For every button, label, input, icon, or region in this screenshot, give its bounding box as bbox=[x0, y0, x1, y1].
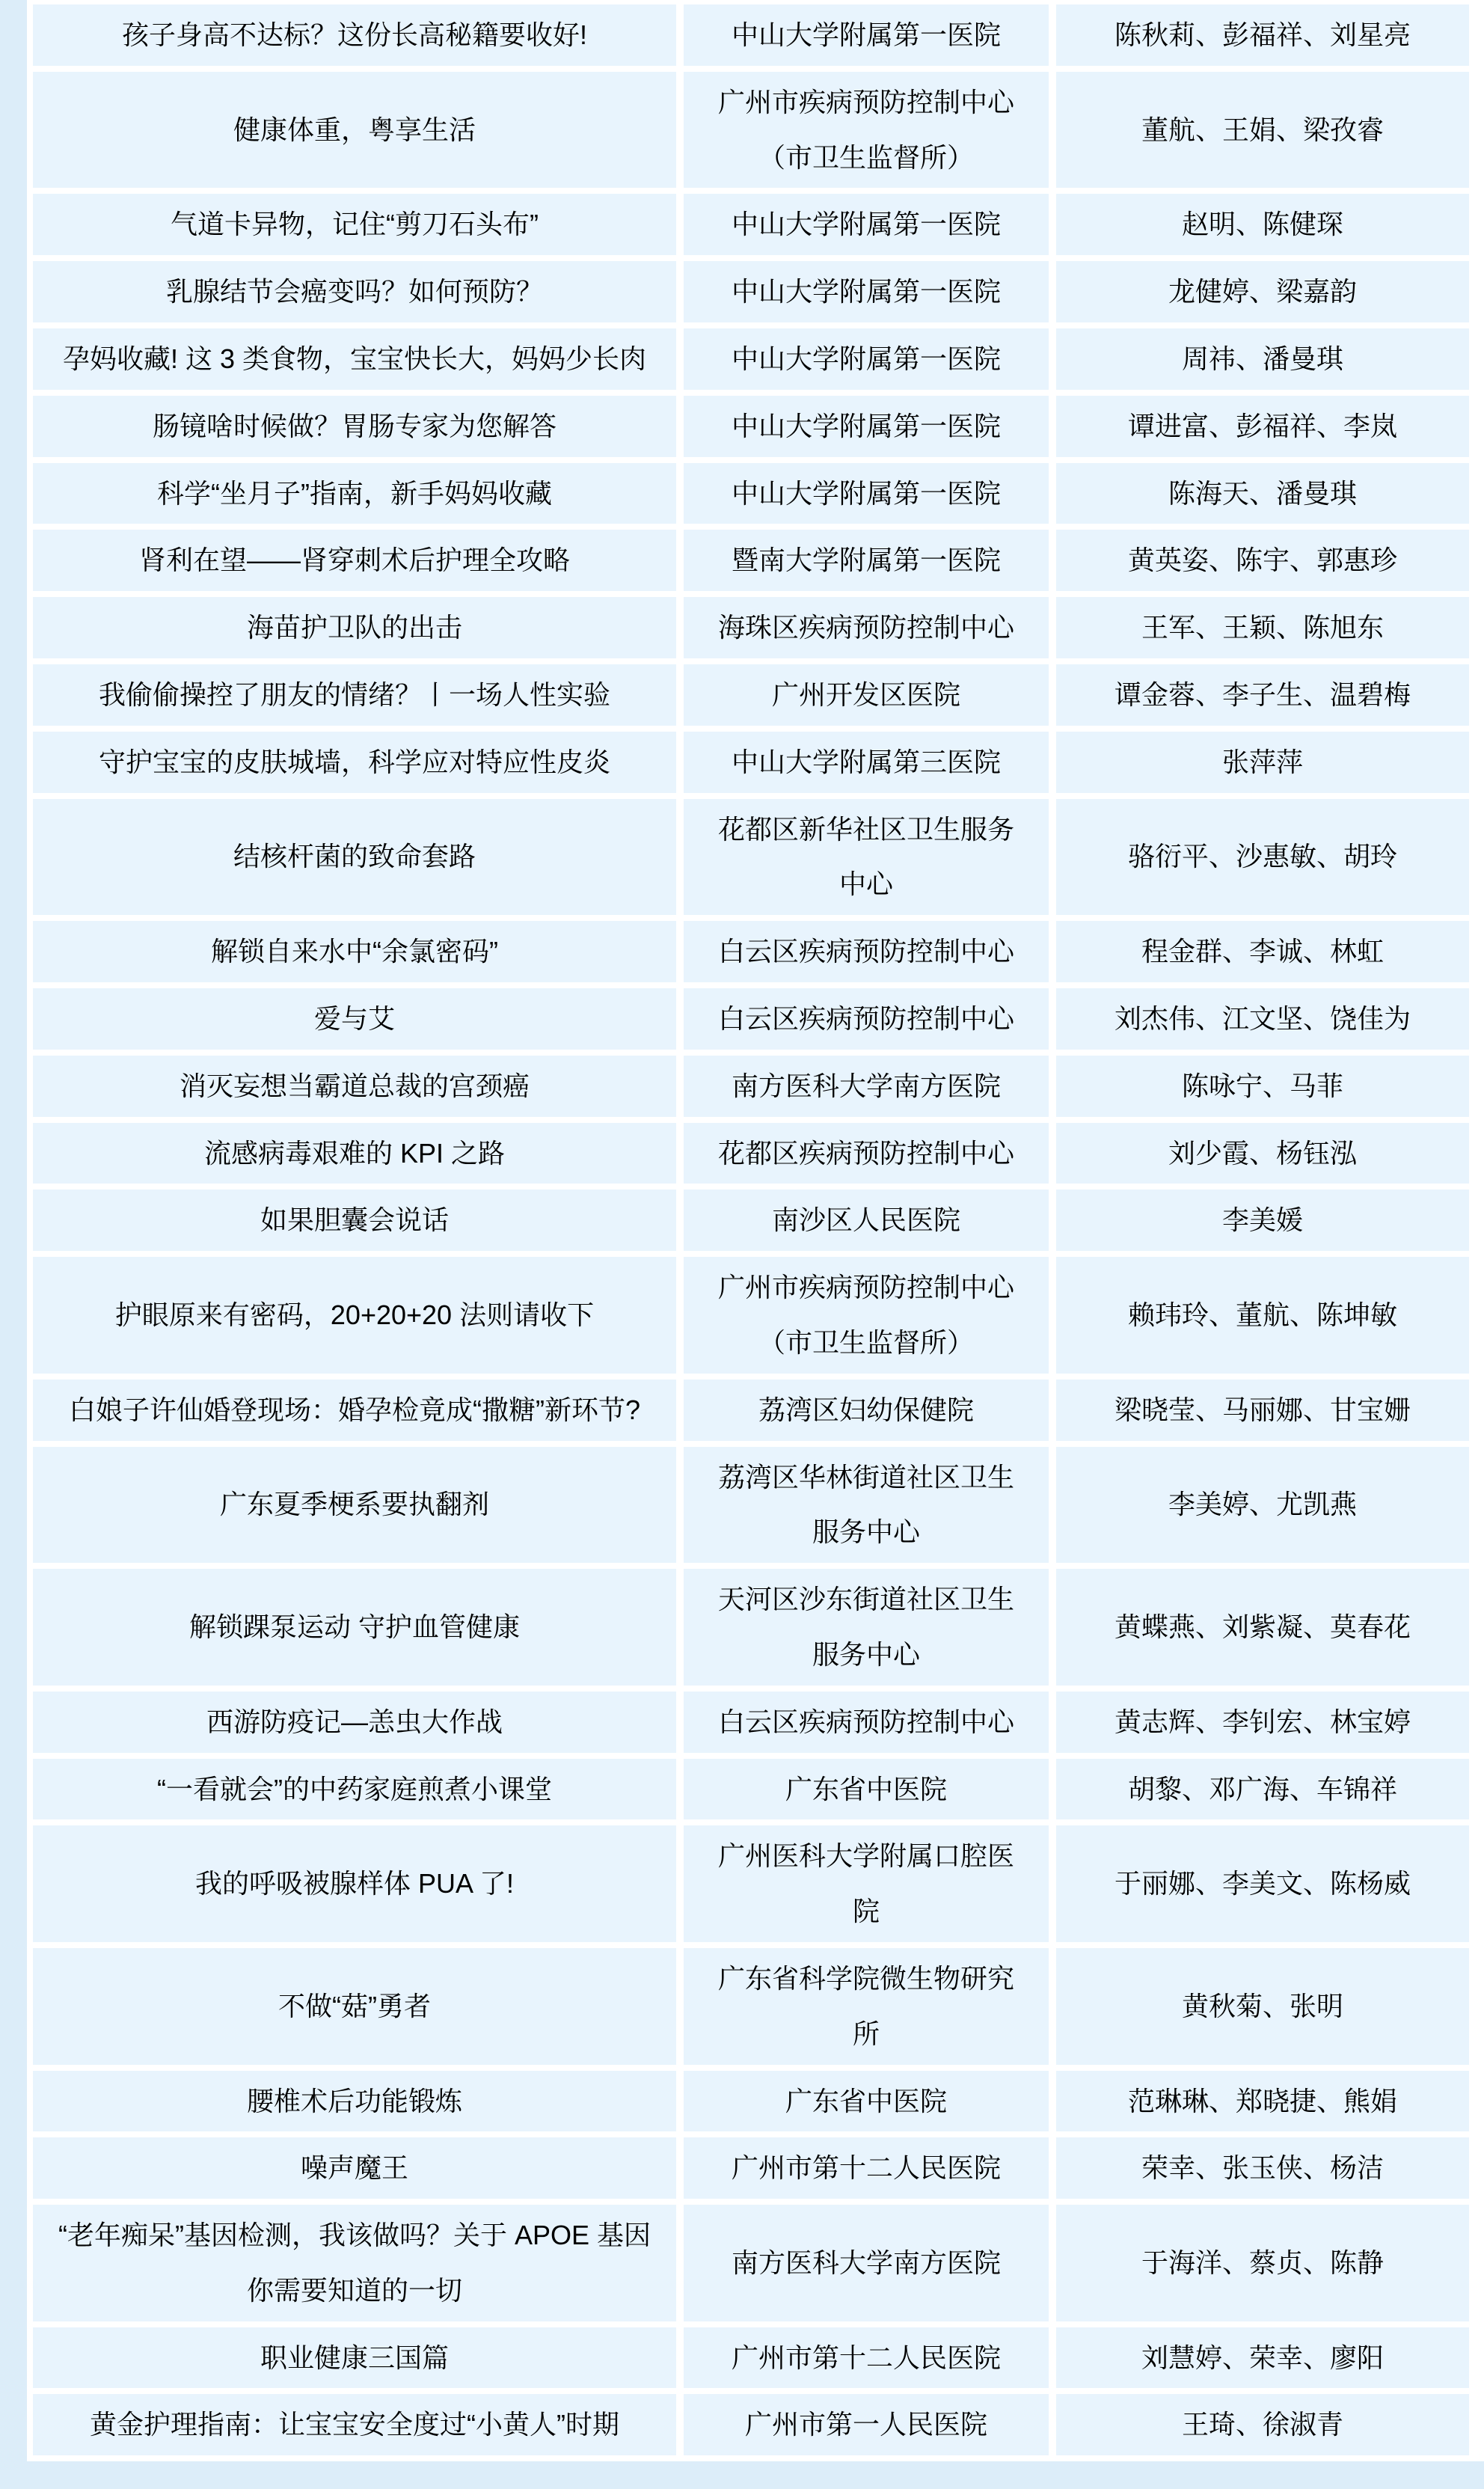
title-cell: 西游防疫记—恙虫大作战 bbox=[33, 1692, 676, 1753]
institution-cell: 天河区沙东街道社区卫生 服务中心 bbox=[684, 1569, 1049, 1686]
title-cell: 解锁自来水中“余氯密码” bbox=[33, 921, 676, 982]
title-cell: 爱与艾 bbox=[33, 988, 676, 1050]
authors-cell: 赵明、陈健琛 bbox=[1056, 194, 1469, 255]
authors-cell: 胡黎、邓广海、车锦祥 bbox=[1056, 1759, 1469, 1820]
awards-table-grid: 孩子身高不达标？这份长高秘籍要收好!中山大学附属第一医院陈秋莉、彭福祥、刘星亮健… bbox=[33, 4, 1477, 2455]
institution-cell: 南方医科大学南方医院 bbox=[684, 2205, 1049, 2321]
institution-cell: 广东省中医院 bbox=[684, 1759, 1049, 1820]
authors-cell: 于丽娜、李美文、陈杨威 bbox=[1056, 1825, 1469, 1942]
authors-cell: 张萍萍 bbox=[1056, 732, 1469, 793]
title-cell: 健康体重，粤享生活 bbox=[33, 72, 676, 189]
title-cell: 海苗护卫队的出击 bbox=[33, 597, 676, 658]
institution-cell: 中山大学附属第一医院 bbox=[684, 194, 1049, 255]
institution-cell: 南沙区人民医院 bbox=[684, 1190, 1049, 1251]
authors-cell: 陈咏宁、马菲 bbox=[1056, 1056, 1469, 1117]
title-cell: 噪声魔王 bbox=[33, 2137, 676, 2199]
authors-cell: 骆衍平、沙惠敏、胡玲 bbox=[1056, 799, 1469, 916]
institution-cell: 广州市第一人民医院 bbox=[684, 2394, 1049, 2455]
authors-cell: 荣幸、张玉侠、杨洁 bbox=[1056, 2137, 1469, 2199]
institution-cell: 白云区疾病预防控制中心 bbox=[684, 1692, 1049, 1753]
title-cell: 肠镜啥时候做？胃肠专家为您解答 bbox=[33, 396, 676, 457]
title-cell: 护眼原来有密码，20+20+20 法则请收下 bbox=[33, 1257, 676, 1374]
institution-cell: 广州市第十二人民医院 bbox=[684, 2327, 1049, 2389]
authors-cell: 王琦、徐淑青 bbox=[1056, 2394, 1469, 2455]
authors-cell: 陈秋莉、彭福祥、刘星亮 bbox=[1056, 4, 1469, 66]
authors-cell: 黄秋菊、张明 bbox=[1056, 1948, 1469, 2065]
authors-cell: 梁晓莹、马丽娜、甘宝姗 bbox=[1056, 1380, 1469, 1441]
title-cell: “老年痴呆”基因检测，我该做吗？关于 APOE 基因 你需要知道的一切 bbox=[33, 2205, 676, 2321]
title-cell: 结核杆菌的致命套路 bbox=[33, 799, 676, 916]
institution-cell: 海珠区疾病预防控制中心 bbox=[684, 597, 1049, 658]
institution-cell: 中山大学附属第一医院 bbox=[684, 261, 1049, 322]
title-cell: 我偷偷操控了朋友的情绪？丨一场人性实验 bbox=[33, 664, 676, 726]
institution-cell: 白云区疾病预防控制中心 bbox=[684, 921, 1049, 982]
title-cell: 如果胆囊会说话 bbox=[33, 1190, 676, 1251]
institution-cell: 广东省科学院微生物研究 所 bbox=[684, 1948, 1049, 2065]
title-cell: 白娘子许仙婚登现场：婚孕检竟成“撒糖”新环节? bbox=[33, 1380, 676, 1441]
title-cell: 广东夏季梗系要执翻剂 bbox=[33, 1447, 676, 1564]
title-cell: 解锁踝泵运动 守护血管健康 bbox=[33, 1569, 676, 1686]
authors-cell: 谭金蓉、李子生、温碧梅 bbox=[1056, 664, 1469, 726]
title-cell: 孩子身高不达标？这份长高秘籍要收好! bbox=[33, 4, 676, 66]
institution-cell: 广州市第十二人民医院 bbox=[684, 2137, 1049, 2199]
institution-cell: 荔湾区华林街道社区卫生 服务中心 bbox=[684, 1447, 1049, 1564]
authors-cell: 李美媛 bbox=[1056, 1190, 1469, 1251]
authors-cell: 李美婷、尤凯燕 bbox=[1056, 1447, 1469, 1564]
authors-cell: 范琳琳、郑晓捷、熊娟 bbox=[1056, 2071, 1469, 2132]
authors-cell: 黄志辉、李钊宏、林宝婷 bbox=[1056, 1692, 1469, 1753]
institution-cell: 广州市疾病预防控制中心 （市卫生监督所） bbox=[684, 1257, 1049, 1374]
institution-cell: 广州开发区医院 bbox=[684, 664, 1049, 726]
authors-cell: 黄蝶燕、刘紫凝、莫春花 bbox=[1056, 1569, 1469, 1686]
authors-cell: 刘杰伟、江文坚、饶佳为 bbox=[1056, 988, 1469, 1050]
institution-cell: 广州市疾病预防控制中心 （市卫生监督所） bbox=[684, 72, 1049, 189]
institution-cell: 荔湾区妇幼保健院 bbox=[684, 1380, 1049, 1441]
authors-cell: 黄英姿、陈宇、郭惠珍 bbox=[1056, 530, 1469, 591]
authors-cell: 于海洋、蔡贞、陈静 bbox=[1056, 2205, 1469, 2321]
institution-cell: 暨南大学附属第一医院 bbox=[684, 530, 1049, 591]
title-cell: 守护宝宝的皮肤城墙，科学应对特应性皮炎 bbox=[33, 732, 676, 793]
title-cell: 科学“坐月子”指南，新手妈妈收藏 bbox=[33, 463, 676, 524]
institution-cell: 中山大学附属第一医院 bbox=[684, 463, 1049, 524]
institution-cell: 广州医科大学附属口腔医 院 bbox=[684, 1825, 1049, 1942]
authors-cell: 王军、王颖、陈旭东 bbox=[1056, 597, 1469, 658]
title-cell: 肾利在望——肾穿刺术后护理全攻略 bbox=[33, 530, 676, 591]
title-cell: 我的呼吸被腺样体 PUA 了! bbox=[33, 1825, 676, 1942]
authors-cell: 董航、王娟、梁孜睿 bbox=[1056, 72, 1469, 189]
title-cell: 黄金护理指南：让宝宝安全度过“小黄人”时期 bbox=[33, 2394, 676, 2455]
institution-cell: 中山大学附属第一医院 bbox=[684, 396, 1049, 457]
title-cell: 孕妈收藏! 这 3 类食物，宝宝快长大，妈妈少长肉 bbox=[33, 328, 676, 390]
authors-cell: 刘慧婷、荣幸、廖阳 bbox=[1056, 2327, 1469, 2389]
title-cell: 职业健康三国篇 bbox=[33, 2327, 676, 2389]
authors-cell: 谭进富、彭福祥、李岚 bbox=[1056, 396, 1469, 457]
title-cell: 腰椎术后功能锻炼 bbox=[33, 2071, 676, 2132]
authors-cell: 刘少霞、杨钰泓 bbox=[1056, 1123, 1469, 1184]
title-cell: 流感病毒艰难的 KPI 之路 bbox=[33, 1123, 676, 1184]
title-cell: 消灭妄想当霸道总裁的宫颈癌 bbox=[33, 1056, 676, 1117]
institution-cell: 白云区疾病预防控制中心 bbox=[684, 988, 1049, 1050]
institution-cell: 中山大学附属第三医院 bbox=[684, 732, 1049, 793]
authors-cell: 赖玮玲、董航、陈坤敏 bbox=[1056, 1257, 1469, 1374]
title-cell: 乳腺结节会癌变吗？如何预防？ bbox=[33, 261, 676, 322]
title-cell: “一看就会”的中药家庭煎煮小课堂 bbox=[33, 1759, 676, 1820]
title-cell: 不做“菇”勇者 bbox=[33, 1948, 676, 2065]
institution-cell: 花都区疾病预防控制中心 bbox=[684, 1123, 1049, 1184]
institution-cell: 南方医科大学南方医院 bbox=[684, 1056, 1049, 1117]
authors-cell: 周祎、潘曼琪 bbox=[1056, 328, 1469, 390]
awards-table: 孩子身高不达标？这份长高秘籍要收好!中山大学附属第一医院陈秋莉、彭福祥、刘星亮健… bbox=[27, 0, 1484, 2461]
authors-cell: 龙健婷、梁嘉韵 bbox=[1056, 261, 1469, 322]
institution-cell: 中山大学附属第一医院 bbox=[684, 4, 1049, 66]
authors-cell: 程金群、李诚、林虹 bbox=[1056, 921, 1469, 982]
institution-cell: 广东省中医院 bbox=[684, 2071, 1049, 2132]
institution-cell: 中山大学附属第一医院 bbox=[684, 328, 1049, 390]
title-cell: 气道卡异物，记住“剪刀石头布” bbox=[33, 194, 676, 255]
institution-cell: 花都区新华社区卫生服务 中心 bbox=[684, 799, 1049, 916]
authors-cell: 陈海天、潘曼琪 bbox=[1056, 463, 1469, 524]
